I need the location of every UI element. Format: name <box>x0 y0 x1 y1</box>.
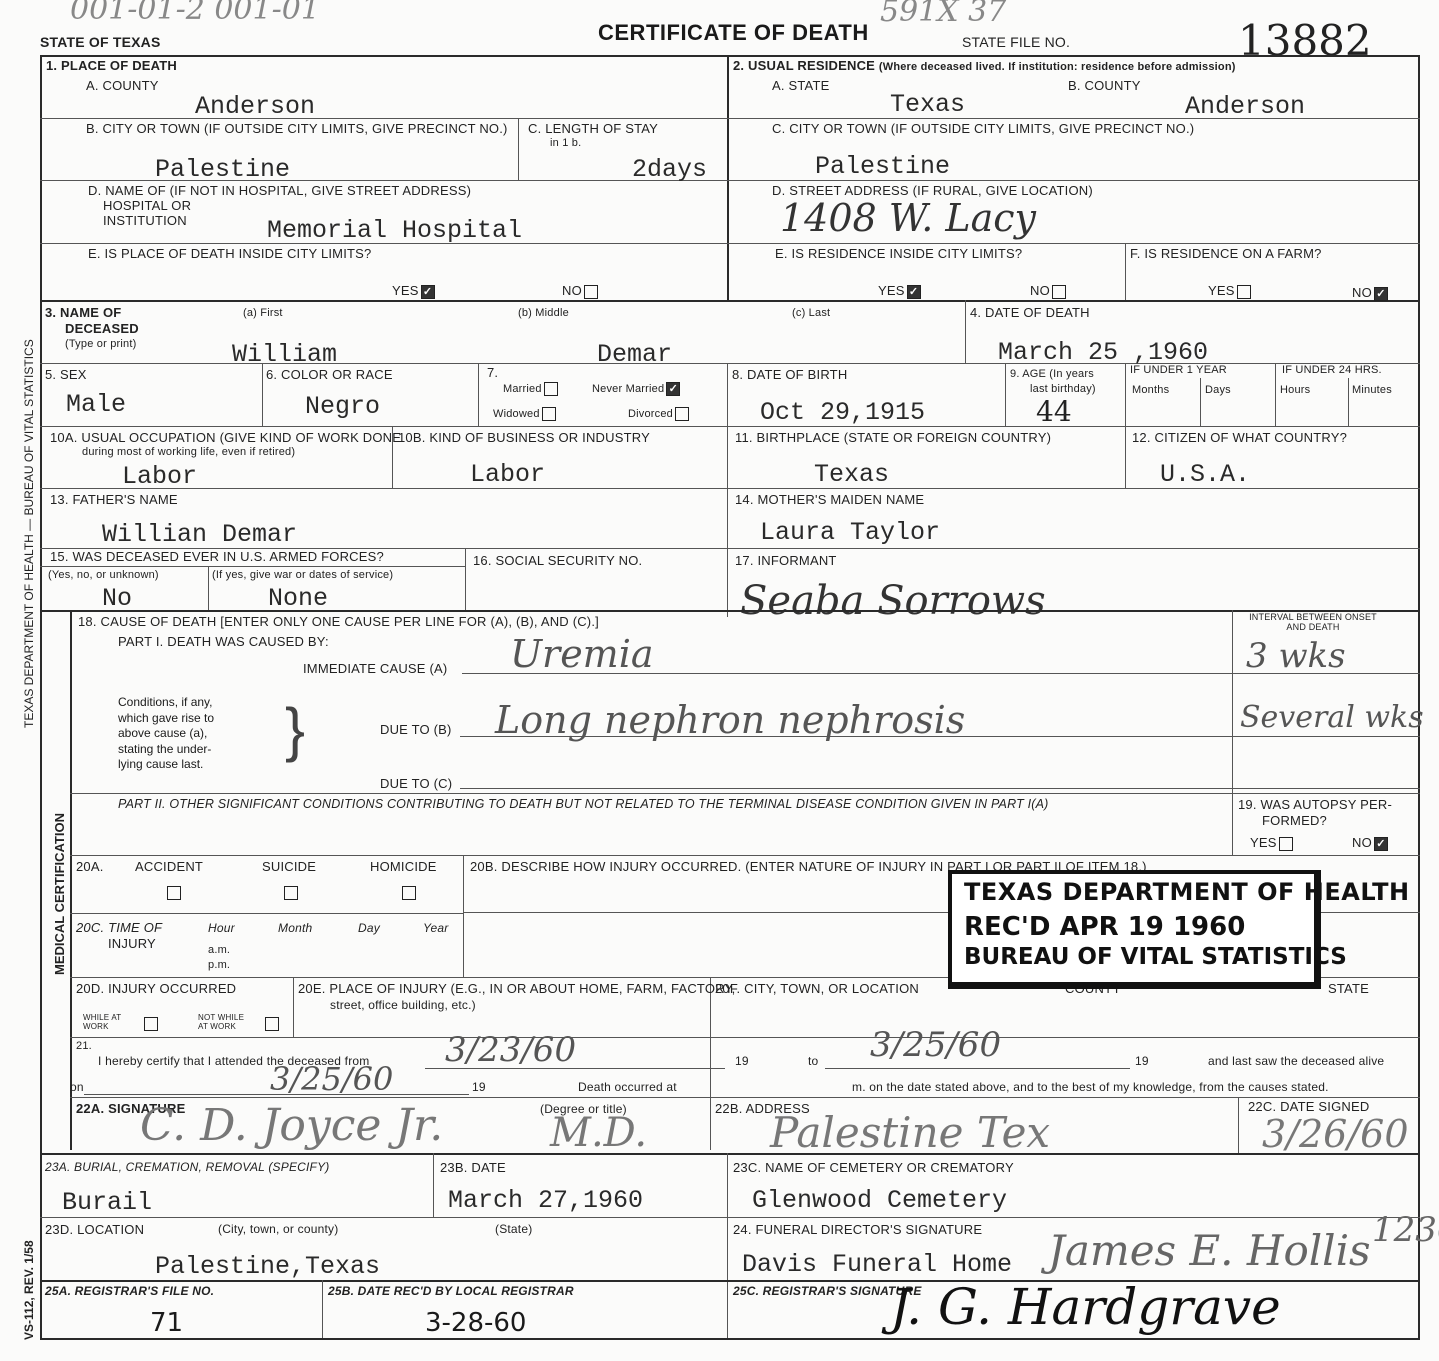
checkbox-icon: ✓ <box>666 382 680 396</box>
months-label: Months <box>1132 384 1169 396</box>
citizen-value: U.S.A. <box>1160 460 1250 489</box>
res-county-value: Anderson <box>1185 92 1305 121</box>
res-city-label: c. CITY OR TOWN (If outside city limits,… <box>772 121 1194 136</box>
widowed-option[interactable]: Widowed <box>493 407 556 421</box>
race-label: 6. COLOR OR RACE <box>266 367 393 382</box>
while-at-work-checkbox[interactable] <box>144 1017 158 1031</box>
name-label: 3. NAME OF <box>45 305 121 320</box>
armed-forces-label: 15. WAS DECEASED EVER IN U.S. ARMED FORC… <box>50 549 384 564</box>
autopsy-label: 19. WAS AUTOPSY PER- <box>1238 797 1392 812</box>
burial-location-state-sub: (State) <box>495 1222 532 1236</box>
length-of-stay-value: 2days <box>632 155 707 184</box>
burial-date-value: March 27,1960 <box>448 1186 643 1215</box>
registrar-file-label: 25a. REGISTRAR'S FILE NO. <box>45 1284 214 1298</box>
suicide-checkbox[interactable] <box>284 886 298 900</box>
registrar-date-label: 25b. DATE REC'D BY LOCAL REGISTRAR <box>328 1284 574 1298</box>
checkbox-icon <box>1052 285 1066 299</box>
place-of-injury-label: 20e. PLACE OF INJURY (e.g., in or about … <box>298 981 736 996</box>
burial-type-label: 23a. BURIAL, CREMATION, REMOVAL (Specify… <box>45 1160 330 1174</box>
armed-service-sub: (If yes, give war or dates of service) <box>212 569 393 581</box>
pm-label: p.m. <box>208 959 230 971</box>
never-married-option[interactable]: Never Married✓ <box>592 382 680 396</box>
checkbox-icon <box>584 285 598 299</box>
homicide-checkbox[interactable] <box>402 886 416 900</box>
attended-to-date: 3/25/60 <box>870 1025 1001 1065</box>
funeral-director-signature: James E. Hollis <box>1048 1226 1371 1275</box>
am-label: a.m. <box>208 944 230 956</box>
res-inside-yes[interactable]: YES✓ <box>878 283 921 299</box>
interval-a-value: 3 wks <box>1246 636 1346 676</box>
marital-label: 7. <box>487 365 498 380</box>
not-while-at-work-label: NOT WHILE AT WORK <box>198 1013 253 1031</box>
handwritten-file-code: 001-01-2 001-01 <box>70 0 320 27</box>
married-option[interactable]: Married <box>503 382 558 396</box>
form-number: VS-112, REV. 1/58 <box>22 1240 36 1340</box>
sex-label: 5. SEX <box>45 367 87 382</box>
part2-label: PART II. OTHER SIGNIFICANT CONDITIONS CO… <box>118 797 1049 811</box>
age-value: 44 <box>1036 395 1072 428</box>
usual-residence-note: (Where deceased lived. If institution: r… <box>879 61 1236 73</box>
nineteen-label: 19 <box>735 1054 749 1068</box>
checkbox-icon <box>1279 837 1293 851</box>
name-label-2: DECEASED <box>65 321 139 336</box>
certificate-title: CERTIFICATE OF DEATH <box>598 20 869 46</box>
funeral-home-value: Davis Funeral Home <box>742 1250 1012 1279</box>
injury-city-label: 20f. CITY, TOWN, OR LOCATION <box>715 981 919 996</box>
last-name-label: (c) Last <box>792 307 830 319</box>
on-label: on <box>70 1080 84 1094</box>
usual-residence-label: 2. USUAL RESIDENCE (Where deceased lived… <box>733 58 1236 73</box>
attended-from-date: 3/23/60 <box>445 1030 576 1070</box>
margin-department-text: TEXAS DEPARTMENT OF HEALTH — BUREAU OF V… <box>22 339 36 728</box>
item-21-label: 21. <box>76 1040 92 1052</box>
cemetery-value: Glenwood Cemetery <box>752 1186 1007 1215</box>
received-stamp: TEXAS DEPARTMENT OF HEALTH REC'D APR 19 … <box>948 870 1321 989</box>
divorced-option[interactable]: Divorced <box>628 407 689 421</box>
mother-value: Laura Taylor <box>760 518 940 547</box>
immediate-cause-value: Uremia <box>510 632 654 676</box>
cemetery-label: 23c. NAME OF CEMETERY OR CREMATORY <box>733 1160 1014 1175</box>
ssn-label: 16. SOCIAL SECURITY NO. <box>473 553 642 568</box>
funeral-director-label: 24. FUNERAL DIRECTOR'S SIGNATURE <box>733 1222 982 1237</box>
state-file-label: STATE FILE NO. <box>962 34 1070 50</box>
res-inside-limits-label: e. IS RESIDENCE INSIDE CITY LIMITS? <box>775 246 1022 261</box>
funeral-note: 1230 <box>1372 1210 1439 1250</box>
mother-label: 14. MOTHER'S MAIDEN NAME <box>735 492 924 507</box>
death-inside-limits-no[interactable]: NO <box>562 283 598 299</box>
not-while-at-work-checkbox[interactable] <box>265 1017 279 1031</box>
state-file-number: 13882 <box>1238 16 1372 65</box>
accident-label: ACCIDENT <box>135 859 203 874</box>
dob-label: 8. DATE OF BIRTH <box>732 367 847 382</box>
checkbox-icon: ✓ <box>1374 287 1388 301</box>
res-state-value: Texas <box>890 90 965 119</box>
death-county-value: Anderson <box>195 92 315 121</box>
res-city-value: Palestine <box>815 152 950 181</box>
occupation-label-2: during most of working life, even if ret… <box>82 446 295 458</box>
burial-type-value: Burail <box>62 1188 152 1217</box>
checkbox-icon <box>1237 285 1251 299</box>
death-occurred-text: Death occurred at <box>578 1080 677 1094</box>
occupation-value: Labor <box>122 462 197 491</box>
date-of-death-label: 4. DATE OF DEATH <box>970 305 1090 320</box>
first-name-value: William <box>232 340 337 369</box>
interval-label: INTERVAL BETWEEN ONSET AND DEATH <box>1248 612 1378 632</box>
checkbox-icon <box>675 407 689 421</box>
physician-signature: C. D. Joyce Jr. <box>140 1100 443 1151</box>
death-city-label: b. CITY OR TOWN (If outside city limits,… <box>86 121 508 136</box>
sex-value: Male <box>66 390 126 419</box>
father-value: Willian Demar <box>102 520 297 549</box>
stamp-line-3: BUREAU OF VITAL STATISTICS <box>964 944 1347 970</box>
burial-location-sub: (City, town, or county) <box>218 1222 338 1236</box>
hospital-label: d. NAME OF (If not in hospital, give str… <box>88 183 471 198</box>
res-street-value: 1408 W. Lacy <box>780 196 1036 240</box>
armed-forces-sub: (Yes, no, or unknown) <box>48 569 159 581</box>
physician-degree: M.D. <box>550 1110 647 1156</box>
res-farm-yes[interactable]: YES <box>1208 283 1251 299</box>
autopsy-label-2: FORMED? <box>1262 813 1327 828</box>
age-label-2: last birthday) <box>1030 383 1096 395</box>
cause-of-death-label: 18. CAUSE OF DEATH [Enter only one cause… <box>78 614 599 629</box>
time-of-injury-label: 20c. TIME OF <box>76 920 162 935</box>
autopsy-yes[interactable]: YES <box>1250 835 1293 851</box>
dob-value: Oct 29,1915 <box>760 398 925 427</box>
time-of-injury-label-2: INJURY <box>108 936 156 951</box>
checkbox-icon: ✓ <box>421 285 435 299</box>
last-saw-text: and last saw the deceased alive <box>1208 1054 1384 1068</box>
business-label: 10b. KIND OF BUSINESS OR INDUSTRY <box>398 430 650 445</box>
immediate-cause-label: IMMEDIATE CAUSE (a) <box>303 661 447 676</box>
checkbox-icon: ✓ <box>1374 837 1388 851</box>
injury-state-label: STATE <box>1328 981 1369 996</box>
stamp-line-2: REC'D APR 19 1960 <box>964 912 1245 942</box>
under-year-label: IF UNDER 1 YEAR <box>1130 364 1227 376</box>
date-of-death-value: March 25 ,1960 <box>998 338 1208 367</box>
due-to-b-value: Long nephron nephrosis <box>495 698 965 742</box>
while-at-work-label: WHILE AT WORK <box>83 1013 128 1031</box>
due-to-c-label: DUE TO (c) <box>380 776 452 791</box>
burial-location-label: 23d. LOCATION <box>45 1222 144 1237</box>
hour-label: Hour <box>208 921 235 935</box>
first-name-label: (a) First <box>243 307 283 319</box>
middle-name-value: Demar <box>597 340 672 369</box>
name-label-3: (Type or print) <box>65 338 136 350</box>
place-of-death-label: 1. PLACE OF DEATH <box>46 58 177 73</box>
informant-label: 17. INFORMANT <box>735 553 837 568</box>
burial-location-value: Palestine,Texas <box>155 1252 380 1281</box>
hospital-label-2: HOSPITAL OR <box>103 198 191 213</box>
death-inside-limits-yes[interactable]: YES✓ <box>392 283 435 299</box>
homicide-label: HOMICIDE <box>370 859 437 874</box>
length-of-stay-label: c. LENGTH OF STAY <box>528 121 658 136</box>
item-20a-label: 20a. <box>76 859 104 874</box>
burial-date-label: 23b. DATE <box>440 1160 506 1175</box>
death-inside-limits-label: e. IS PLACE OF DEATH INSIDE CITY LIMITS? <box>88 246 371 261</box>
res-inside-no[interactable]: NO <box>1030 283 1066 299</box>
death-county-label: a. COUNTY <box>86 78 159 93</box>
state-label: STATE OF TEXAS <box>40 34 161 50</box>
due-to-b-label: DUE TO (b) <box>380 722 452 737</box>
handwritten-ref: 591X 37 <box>880 0 1006 29</box>
physician-address: Palestine Tex <box>770 1108 1050 1157</box>
checkbox-icon <box>544 382 558 396</box>
brace-icon: } <box>285 695 305 765</box>
part1-label: PART I. DEATH WAS CAUSED BY: <box>118 634 329 649</box>
place-of-injury-label-2: street, office building, etc.) <box>330 998 476 1012</box>
middle-name-label: (b) Middle <box>518 307 569 319</box>
registrar-signature: J. G. Hardgrave <box>890 1278 1281 1336</box>
month-label: Month <box>278 921 312 935</box>
autopsy-no[interactable]: NO✓ <box>1352 835 1388 851</box>
registrar-date-value: 3-28-60 <box>425 1308 526 1338</box>
interval-b-value: Several wks <box>1240 700 1424 735</box>
under-24-label: IF UNDER 24 HRS. <box>1282 364 1382 376</box>
to-label: to <box>808 1054 818 1068</box>
race-value: Negro <box>305 392 380 421</box>
res-state-label: a. STATE <box>772 78 829 93</box>
injury-occurred-label: 20d. INJURY OCCURRED <box>76 981 236 996</box>
checkbox-icon <box>542 407 556 421</box>
hours-label: Hours <box>1280 384 1310 396</box>
occupation-label: 10a. USUAL OCCUPATION (Give kind of work… <box>50 430 401 445</box>
suicide-label: SUICIDE <box>262 859 316 874</box>
minutes-label: Minutes <box>1352 384 1392 396</box>
date-signed-value: 3/26/60 <box>1262 1112 1409 1156</box>
armed-service-value: None <box>268 584 328 613</box>
day-label: Day <box>358 921 380 935</box>
armed-forces-value: No <box>102 584 132 613</box>
stamp-line-1: TEXAS DEPARTMENT OF HEALTH <box>964 878 1410 906</box>
margin-medical-certification: MEDICAL CERTIFICATION <box>52 813 67 975</box>
res-county-label: b. COUNTY <box>1068 78 1141 93</box>
father-label: 13. FATHER'S NAME <box>50 492 178 507</box>
hospital-label-3: INSTITUTION <box>103 213 187 228</box>
registrar-file-value: 71 <box>150 1308 183 1338</box>
length-of-stay-sub: in 1 b. <box>550 137 581 149</box>
accident-checkbox[interactable] <box>167 886 181 900</box>
citizen-label: 12. CITIZEN OF WHAT COUNTRY? <box>1132 430 1347 445</box>
age-label: 9. AGE (In years <box>1010 368 1094 380</box>
days-label: Days <box>1205 384 1231 396</box>
year-label: Year <box>423 921 449 935</box>
checkbox-icon: ✓ <box>907 285 921 299</box>
last-seen-date: 3/25/60 <box>270 1060 393 1098</box>
birthplace-value: Texas <box>814 460 889 489</box>
conditions-note: Conditions, if any, which gave rise to a… <box>118 695 214 773</box>
m-text: m. on the date stated above, and to the … <box>852 1080 1329 1094</box>
business-value: Labor <box>470 460 545 489</box>
hospital-value: Memorial Hospital <box>267 216 522 245</box>
res-farm-no[interactable]: NO✓ <box>1352 285 1388 301</box>
res-farm-label: f. IS RESIDENCE ON A FARM? <box>1130 246 1322 261</box>
birthplace-label: 11. BIRTHPLACE (State or foreign country… <box>735 430 1051 445</box>
informant-signature: Seaba Sorrows <box>740 578 1046 624</box>
death-city-value: Palestine <box>155 155 290 184</box>
